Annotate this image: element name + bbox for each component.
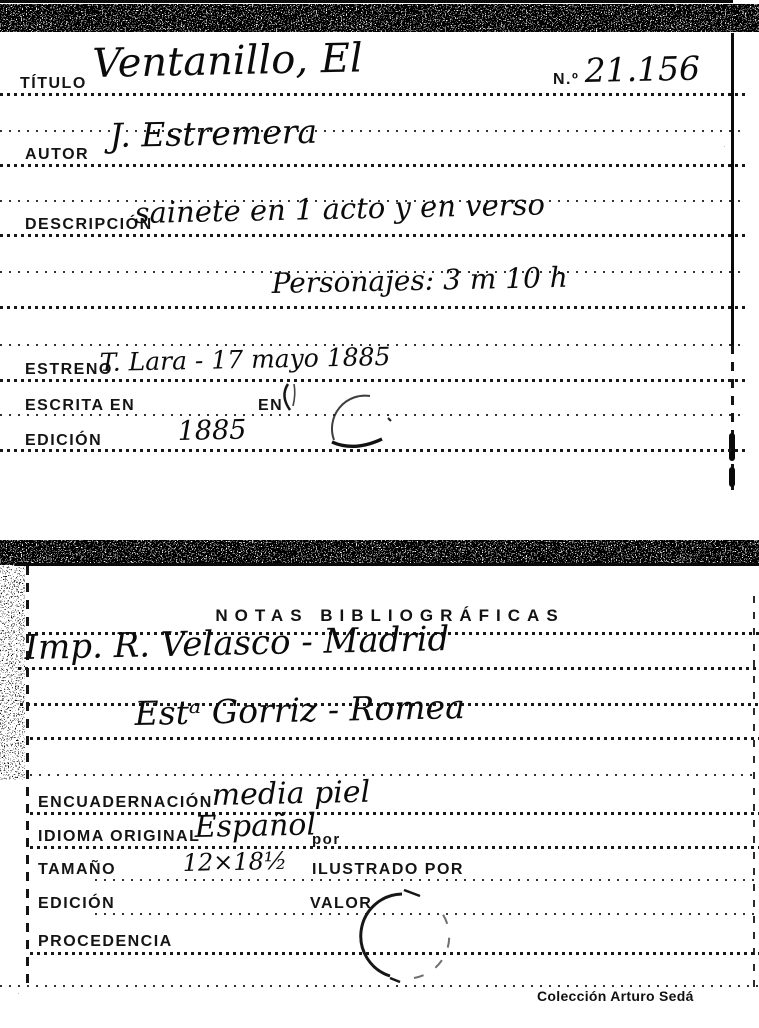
estreno-value-handwriting: T. Lara - 17 mayo 1885 (99, 342, 390, 377)
por-label: por (312, 831, 341, 848)
tamano-label: TAMAÑO (38, 861, 116, 879)
rule-note-3 (30, 737, 759, 740)
scan-edge-noise-top (0, 4, 759, 32)
edicion-label: EDICIÓN (25, 432, 102, 450)
collection-credit: Colección Arturo Sedá (537, 988, 694, 1004)
catalog-card-back: NOTAS BIBLIOGRÁFICAS Imp. R. Velasco - M… (0, 566, 759, 1028)
idioma-value-handwriting: Español (194, 807, 316, 845)
numero-value-handwriting: 21.156 (584, 49, 700, 90)
edicion-value-handwriting: 1885 (177, 415, 246, 447)
idioma-original-label: IDIOMA ORIGINAL (38, 828, 200, 846)
rule-autor (0, 164, 746, 167)
ink-smudge-mark (270, 378, 410, 458)
autor-value-handwriting: J. Estremera (109, 112, 317, 155)
escrita-en-label: ESCRITA EN (25, 397, 135, 415)
ink-blob (729, 433, 735, 461)
titulo-value-handwriting: Ventanillo, El (92, 35, 363, 87)
rule-note-1 (18, 667, 759, 670)
rule-blank-5 (30, 774, 759, 776)
card-front-right-border (731, 33, 734, 345)
rule-tamano (95, 879, 759, 881)
catalog-card-front: TÍTULO N.º AUTOR DESCRIPCIÓN ESTRENO ESC… (0, 33, 759, 503)
tamano-value-handwriting: 12×18½ (182, 847, 287, 877)
autor-label: AUTOR (25, 146, 89, 164)
estreno-teatro-note-handwriting: Estᵃ Gorriz - Romea (134, 687, 465, 733)
scanned-catalog-card-page: TÍTULO N.º AUTOR DESCRIPCIÓN ESTRENO ESC… (0, 0, 759, 1028)
ink-blob (729, 467, 735, 487)
procedencia-label: PROCEDENCIA (38, 933, 173, 951)
titulo-label: TÍTULO (20, 75, 87, 93)
rule-titulo (0, 93, 746, 96)
ilustrado-por-label: ILUSTRADO POR (312, 861, 464, 879)
card-front-top-edge-line (0, 0, 733, 3)
descripcion-label: DESCRIPCIÓN (25, 216, 153, 234)
rule-encuadernacion (30, 812, 759, 815)
card-back-right-border-dashed (753, 596, 755, 996)
rule-idioma (30, 846, 759, 849)
stamp-remnant-mark (350, 886, 465, 991)
personajes-handwriting: Personajes: 3 m 10 h (271, 261, 568, 300)
encuadernacion-label: ENCUADERNACIÓN (38, 794, 213, 812)
scan-edge-noise-middle (0, 540, 759, 565)
rule-descripcion (0, 234, 746, 237)
rule-personajes (0, 306, 746, 309)
imprenta-note-handwriting: Imp. R. Velasco - Madrid (24, 619, 450, 668)
edicion-back-label: EDICIÓN (38, 895, 115, 913)
descripcion-value-handwriting: sainete en 1 acto y en verso (134, 187, 545, 230)
numero-label: N.º (553, 71, 579, 89)
